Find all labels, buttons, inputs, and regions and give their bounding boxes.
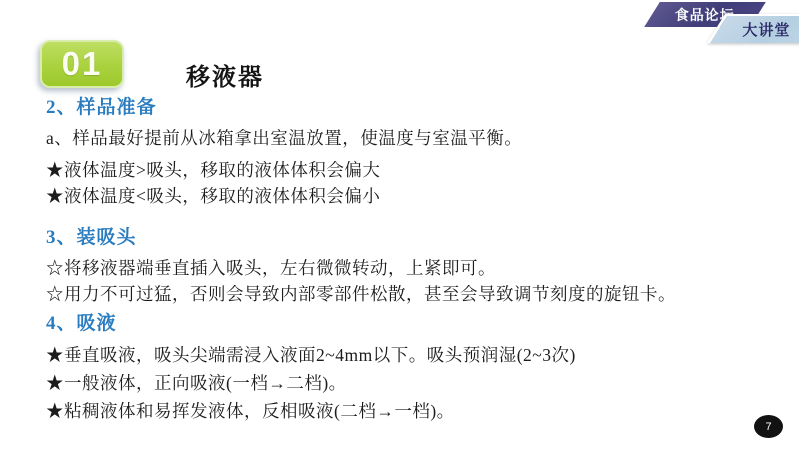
- body-line: ★液体温度<吸头，移取的液体体积会偏小: [46, 183, 776, 209]
- page-number: 7: [765, 421, 771, 433]
- section-heading: 4、吸液: [46, 313, 776, 335]
- body-line: ★一般液体，正向吸液(一档→二档)。: [46, 369, 776, 397]
- section-heading: 2、样品准备: [46, 97, 776, 119]
- section-number-badge: 01: [40, 40, 124, 88]
- lecture-hall-ribbon: 大讲堂: [707, 14, 799, 43]
- body-line: ★垂直吸液，吸头尖端需浸入液面2~4mm以下。吸头预润湿(2~3次): [46, 341, 776, 369]
- section-aspiration: 4、吸液 ★垂直吸液，吸头尖端需浸入液面2~4mm以下。吸头预润湿(2~3次) …: [46, 313, 776, 425]
- body-line: ★液体温度>吸头，移取的液体体积会偏大: [46, 157, 776, 183]
- slide-title: 移液器: [186, 57, 264, 92]
- slide-content: 2、样品准备 a、样品最好提前从冰箱拿出室温放置，使温度与室温平衡。 ★液体温度…: [46, 97, 776, 425]
- section-tip-loading: 3、装吸头 ☆将移液器端垂直插入吸头，左右微微转动，上紧即可。 ☆用力不可过猛，…: [46, 227, 776, 307]
- section-heading: 3、装吸头: [46, 227, 776, 249]
- body-line: a、样品最好提前从冰箱拿出室温放置，使温度与室温平衡。: [46, 125, 776, 151]
- body-line: ★粘稠液体和易挥发液体，反相吸液(二档→一档)。: [46, 397, 776, 425]
- body-line: ☆将移液器端垂直插入吸头，左右微微转动，上紧即可。: [46, 255, 776, 281]
- section-sample-prep: 2、样品准备 a、样品最好提前从冰箱拿出室温放置，使温度与室温平衡。 ★液体温度…: [46, 97, 776, 209]
- section-number: 01: [62, 45, 103, 83]
- body-line: ☆用力不可过猛，否则会导致内部零部件松散，甚至会导致调节刻度的旋钮卡。: [46, 281, 776, 307]
- page-number-badge: 7: [754, 415, 783, 438]
- presentation-slide: 食品论坛 大讲堂 01 移液器 2、样品准备 a、样品最好提前从冰箱拿出室温放置…: [0, 0, 799, 450]
- lecture-hall-ribbon-label: 大讲堂: [742, 19, 790, 40]
